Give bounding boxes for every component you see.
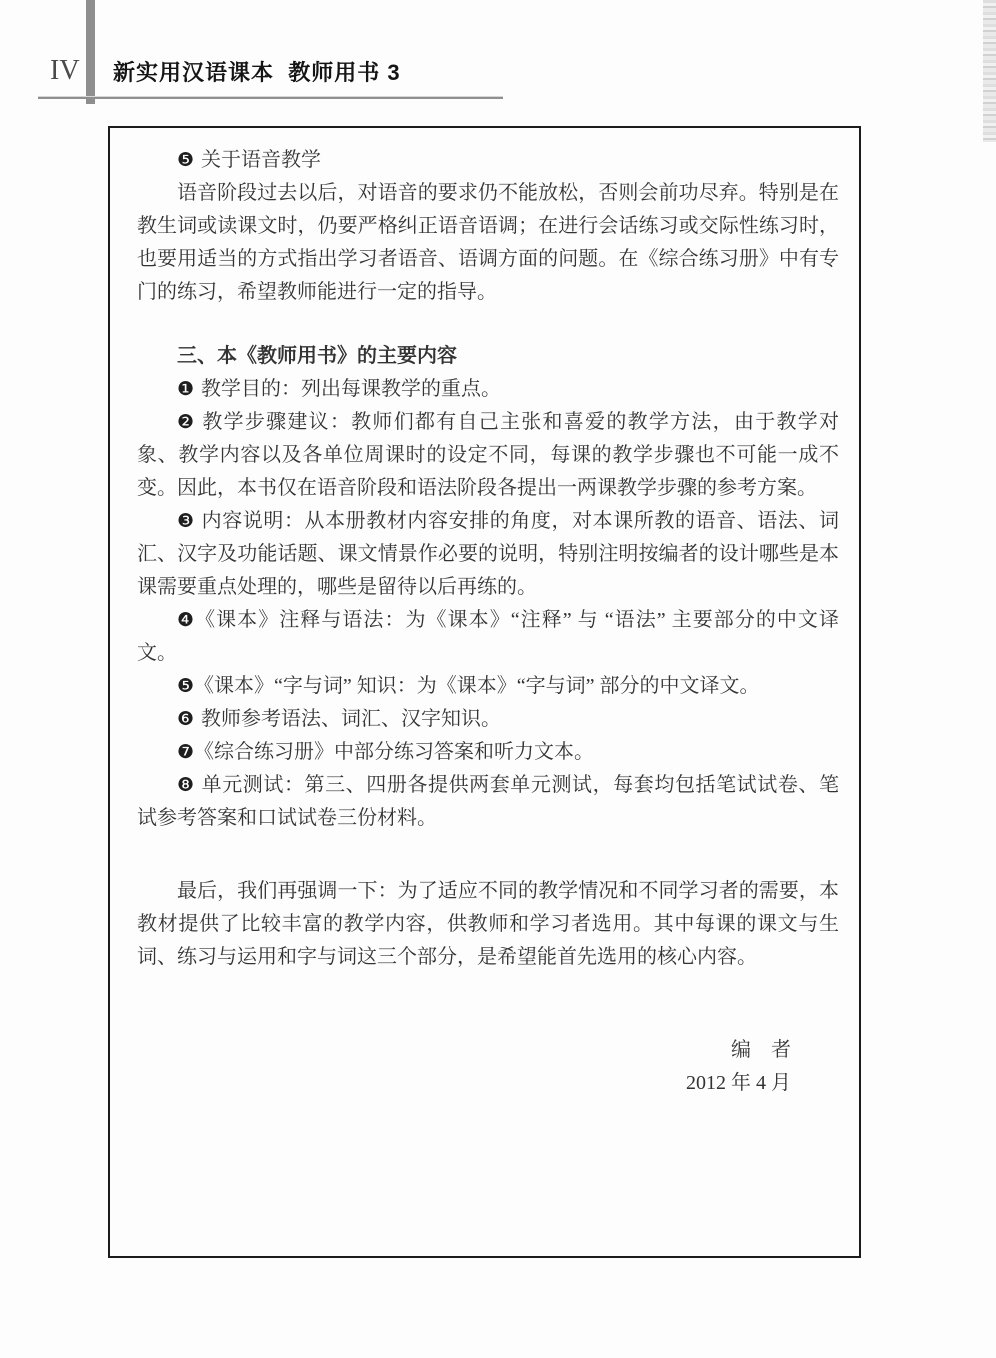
item-text: 内容说明：从本册教材内容安排的角度，对本课所教的语音、语法、词汇、汉字及功能话题… [137,510,839,598]
circled-5-icon: ❺ [177,675,194,697]
item-text: 教学目的：列出每课教学的重点。 [201,378,501,400]
scan-artifact [983,0,996,142]
list-item: ❶教学目的：列出每课教学的重点。 [137,373,839,406]
closing-paragraph: 最后，我们再强调一下：为了适应不同的教学情况和不同学习者的需要，本教材提供了比较… [137,875,839,974]
circled-4-icon: ❹ [177,609,195,631]
point5-paragraph: 语音阶段过去以后，对语音的要求仍不能放松，否则会前功尽弃。特别是在教生词或读课文… [137,177,839,309]
circled-3-icon: ❸ [177,510,195,532]
circled-1-icon: ❶ [177,378,194,400]
item-text: 教学步骤建议：教师们都有自己主张和喜爱的教学方法，由于教学对象、教学内容以及各单… [137,411,839,499]
list-item: ❹《课本》注释与语法：为《课本》“注释” 与 “语法” 主要部分的中文译文。 [137,604,839,670]
section-heading: 三、本《教师用书》的主要内容 [137,340,839,373]
circled-7-icon: ❼ [177,741,194,763]
signature-date: 2012 年 4 月 [137,1067,791,1100]
circled-8-icon: ❽ [177,774,195,796]
circled-6-icon: ❻ [177,708,194,730]
point5-heading: ❺关于语音教学 [137,144,839,177]
signature-block: 编 者 2012 年 4 月 [137,1034,839,1100]
list-item: ❻教师参考语法、词汇、汉字知识。 [137,703,839,736]
page-number: IV [50,55,80,87]
header-vertical-bar [86,0,95,104]
header-divider [38,97,503,99]
circled-2-icon: ❷ [177,411,195,433]
list-item: ❺《课本》“字与词” 知识：为《课本》“字与词” 部分的中文译文。 [137,670,839,703]
item-text: 《综合练习册》中部分练习答案和听力文本。 [194,741,594,763]
book-title: 新实用汉语课本 教师用书 3 [113,60,401,86]
book-page: IV 新实用汉语课本 教师用书 3 ❺关于语音教学 语音阶段过去以后，对语音的要… [0,0,996,1358]
item-text: 《课本》“字与词” 知识：为《课本》“字与词” 部分的中文译文。 [194,675,760,697]
list-item: ❷教学步骤建议：教师们都有自己主张和喜爱的教学方法，由于教学对象、教学内容以及各… [137,406,839,505]
point5-title: 关于语音教学 [201,149,321,171]
list-item: ❽单元测试：第三、四册各提供两套单元测试，每套均包括笔试试卷、笔试参考答案和口试… [137,769,839,835]
list-item: ❼《综合练习册》中部分练习答案和听力文本。 [137,736,839,769]
circled-5-icon: ❺ [177,149,194,171]
signature-author: 编 者 [137,1034,791,1067]
list-item: ❸内容说明：从本册教材内容安排的角度，对本课所教的语音、语法、词汇、汉字及功能话… [137,505,839,604]
content-box: ❺关于语音教学 语音阶段过去以后，对语音的要求仍不能放松，否则会前功尽弃。特别是… [108,126,861,1258]
item-text: 单元测试：第三、四册各提供两套单元测试，每套均包括笔试试卷、笔试参考答案和口试试… [137,774,839,829]
item-text: 《课本》注释与语法：为《课本》“注释” 与 “语法” 主要部分的中文译文。 [137,609,839,664]
item-text: 教师参考语法、词汇、汉字知识。 [201,708,501,730]
